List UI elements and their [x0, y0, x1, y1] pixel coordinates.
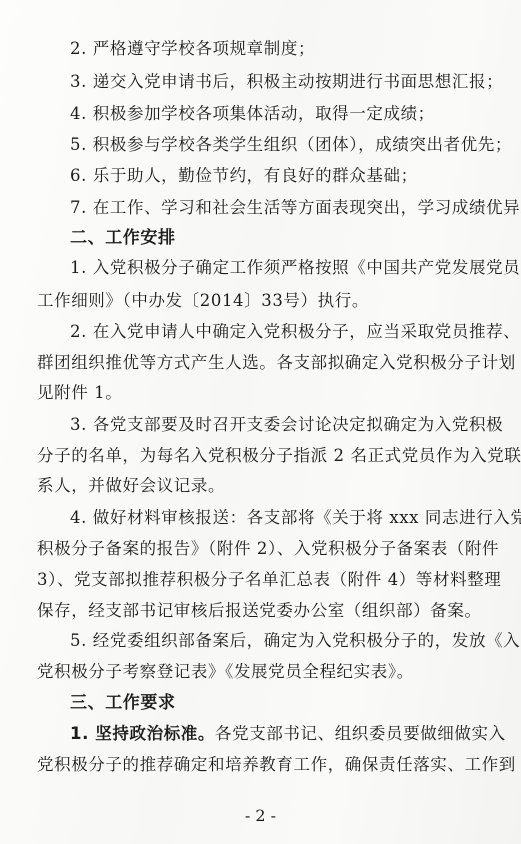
paragraph-line: 积极分子备案的报告》（附件 2）、入党积极分子备案表（附件: [37, 539, 499, 559]
paragraph-line: 1. 坚持政治标准。各党支部书记、组织委员要做细做实入: [70, 724, 506, 744]
paragraph-line: 3. 各党支部要及时召开支委会讨论决定拟确定为入党积极: [70, 415, 503, 435]
section-heading-work-arrangement: 二、工作安排: [70, 228, 176, 248]
paragraph-line: 系人，并做好会议记录。: [37, 476, 225, 496]
paragraph-line: 5. 经党委组织部备案后，确定为入党积极分子的，发放《入: [70, 631, 520, 651]
paragraph-line: 党积极分子的推荐确定和培养教育工作，确保责任落实、工作到: [37, 755, 516, 775]
paragraph-line: 分子的名单，为每名入党积极分子指派 2 名正式党员作为入党联: [37, 446, 521, 466]
requirement-item-7: 7. 在工作、学习和社会生活等方面表现突出，学习成绩优异。: [70, 198, 521, 218]
paragraph-line: 党积极分子考察登记表》《发展党员全程纪实表》。: [37, 662, 414, 682]
requirement-item-6: 6. 乐于助人，勤俭节约，有良好的群众基础；: [70, 166, 418, 186]
paragraph-line: 群团组织推优等方式产生人选。各支部拟确定入党积极分子计划: [37, 353, 516, 373]
paragraph-line: 2. 在入党申请人中确定入党积极分子，应当采取党员推荐、: [70, 322, 520, 342]
paragraph-text: 各党支部书记、组织委员要做细做实入: [215, 724, 506, 743]
requirement-item-5: 5. 积极参与学校各类学生组织（团体），成绩突出者优先；: [70, 135, 512, 155]
requirement-item-3: 3. 递交入党申请书后，积极主动按期进行书面思想汇报；: [70, 72, 503, 92]
requirement-item-2: 2. 严格遵守学校各项规章制度；: [70, 39, 315, 59]
page-number: - 2 -: [0, 806, 521, 825]
paragraph-line: 保存，经支部书记审核后报送党委办公室（组织部）备案。: [37, 601, 482, 621]
paragraph-line: 工作细则》（中办发〔2014〕33号）执行。: [37, 291, 369, 311]
requirement-item-4: 4. 积极参加学校各项集体活动，取得一定成绩；: [70, 104, 435, 124]
bold-lead: 1. 坚持政治标准。: [70, 724, 215, 743]
paragraph-line: 1. 入党积极分子确定工作须严格按照《中国共产党发展党员: [70, 258, 520, 278]
document-page: 2. 严格遵守学校各项规章制度； 3. 递交入党申请书后，积极主动按期进行书面思…: [0, 0, 521, 844]
paragraph-line: 见附件 1。: [37, 383, 122, 403]
paragraph-line: 4. 做好材料审核报送：各支部将《关于将 xxx 同志进行入党: [70, 508, 521, 528]
paragraph-line: 3）、党支部拟推荐积极分子名单汇总表（附件 4）等材料整理: [37, 570, 501, 590]
section-heading-work-requirements: 三、工作要求: [70, 693, 176, 713]
